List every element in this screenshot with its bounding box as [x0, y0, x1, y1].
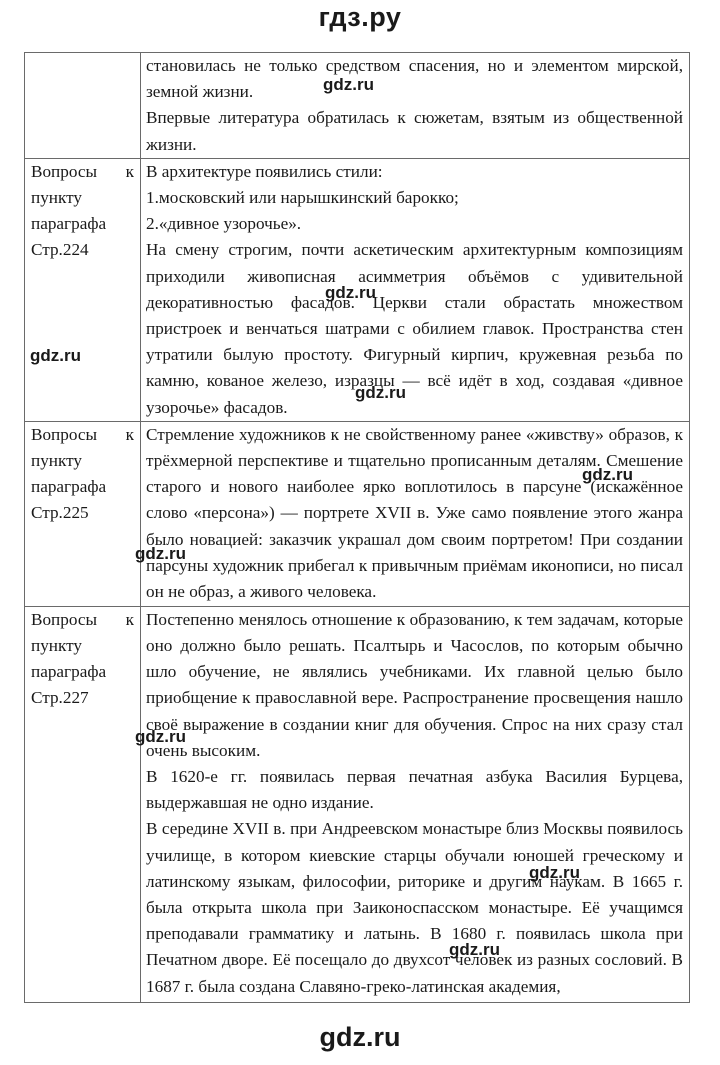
answer-paragraph: Стремление художников к не свойственному… — [146, 422, 683, 605]
page-reference: Стр.224 — [31, 237, 134, 263]
question-label-line: параграфа — [31, 474, 134, 500]
question-label-first-line: Вопросы к — [31, 159, 134, 185]
question-label-line: пункту — [31, 185, 134, 211]
watermark: gdz.ru — [135, 545, 186, 562]
watermark: gdz.ru — [325, 284, 376, 301]
answer-paragraph: Впервые литература обратилась к сюжетам,… — [146, 105, 683, 157]
question-label-line: пункту — [31, 633, 134, 659]
answer-list-item: 1.московский или нарышкинский барокко; — [146, 185, 683, 211]
question-label-first-line: Вопросы к — [31, 607, 134, 633]
watermark: gdz.ru — [355, 384, 406, 401]
answer-paragraph: В архитектуре появились стили: — [146, 159, 683, 185]
footer-watermark: gdz.ru — [0, 1022, 720, 1053]
watermark: gdz.ru — [582, 466, 633, 483]
watermark: gdz.ru — [323, 76, 374, 93]
page-reference: Стр.225 — [31, 500, 134, 526]
page-reference: Стр.227 — [31, 685, 134, 711]
answer-cell: Постепенно менялось отношение к образова… — [141, 606, 690, 1002]
question-label-cell — [25, 53, 141, 159]
answer-paragraph: становилась не только средством спасения… — [146, 53, 683, 105]
answer-cell: становилась не только средством спасения… — [141, 53, 690, 159]
answer-cell: Стремление художников к не свойственному… — [141, 421, 690, 606]
question-label-cell: Вопросы к пункту параграфа Стр.225 — [25, 421, 141, 606]
question-label-cell: Вопросы к пункту параграфа Стр.224 — [25, 158, 141, 421]
answer-list-item: 2.«дивное узорочье». — [146, 211, 683, 237]
table-row: становилась не только средством спасения… — [25, 53, 690, 159]
answer-paragraph: На смену строгим, почти аскетическим арх… — [146, 237, 683, 420]
answer-paragraph: В 1620-е гг. появилась первая печатная а… — [146, 764, 683, 816]
answers-table: становилась не только средством спасения… — [24, 52, 690, 1003]
watermark: gdz.ru — [30, 347, 81, 364]
answer-cell: В архитектуре появились стили: 1.московс… — [141, 158, 690, 421]
answer-paragraph: Постепенно менялось отношение к образова… — [146, 607, 683, 764]
answer-paragraph: В середине XVII в. при Андреевском монас… — [146, 816, 683, 999]
watermark: gdz.ru — [449, 941, 500, 958]
question-label-line: параграфа — [31, 211, 134, 237]
question-label-line: пункту — [31, 448, 134, 474]
watermark: gdz.ru — [135, 728, 186, 745]
table-row: Вопросы к пункту параграфа Стр.227 Посте… — [25, 606, 690, 1002]
site-title: гдз.ру — [0, 2, 720, 33]
question-label-cell: Вопросы к пункту параграфа Стр.227 — [25, 606, 141, 1002]
question-label-first-line: Вопросы к — [31, 422, 134, 448]
table-row: Вопросы к пункту параграфа Стр.225 Стрем… — [25, 421, 690, 606]
watermark: gdz.ru — [529, 864, 580, 881]
question-label-line: параграфа — [31, 659, 134, 685]
